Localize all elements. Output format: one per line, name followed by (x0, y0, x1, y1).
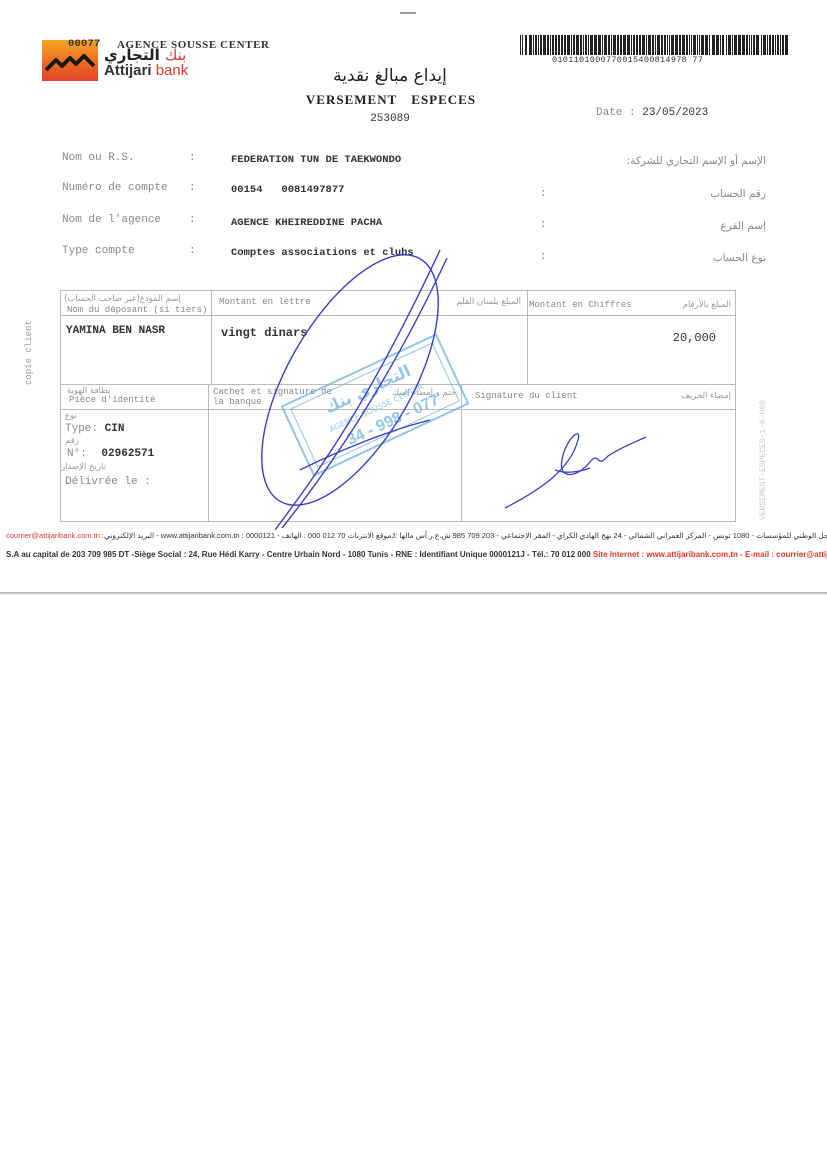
id-label: Pièce d'identité (69, 395, 155, 405)
id-number-value: 02962571 (101, 448, 154, 460)
id-issue-label: Délivrée le : (65, 476, 151, 488)
id-number-label-arabic: رقم (65, 436, 105, 446)
depositor-label: Nom du déposant (si tiers) (67, 305, 207, 315)
field-label-agency-arabic: إسم الفرع (720, 220, 766, 232)
field-colon-arabic: : (540, 251, 547, 263)
id-issue-label-arabic: تاريخ الإصدار (61, 462, 131, 472)
id-type-value: CIN (105, 423, 125, 435)
field-label-agency: Nom de l'agence (62, 214, 161, 226)
title-arabic: إيداع مبالغ نقدية (270, 66, 510, 86)
field-label-name: Nom ou R.S. (62, 152, 135, 164)
field-colon: : (189, 152, 196, 164)
footer-line-arabic: courrier@attijaribank.com.tn :البريد الإ… (6, 531, 806, 540)
client-signature-label: Signature du client (475, 391, 578, 401)
field-value-agency: AGENCE KHEIREDDINE PACHA (231, 217, 382, 229)
field-colon: : (189, 214, 196, 226)
footer-email-link[interactable]: courrier@attijaribank.com.tn (6, 531, 100, 540)
footer-company-info: S.A au capital de 203 709 985 DT -Siège … (6, 550, 593, 559)
reference-number: 253089 (340, 113, 440, 125)
bank-stamp-label-arabic: ختم و إمضاء البنك (351, 388, 456, 398)
field-value-account: 00154 0081497877 (231, 184, 344, 196)
amount-digits-label: Montant en Chiffres (529, 300, 632, 310)
field-label-account-type: Type compte (62, 245, 135, 257)
field-colon-arabic: : (540, 188, 547, 200)
brand-name-main: Attijari (104, 62, 152, 79)
amount-digits-value: 20,000 (661, 331, 716, 345)
field-colon-arabic: : (540, 219, 547, 231)
date-value: 23/05/2023 (642, 107, 708, 119)
field-label-account-arabic: رقم الحساب (710, 188, 766, 200)
depositor-label-arabic: إسم المودع(غير صاحب الحساب) (64, 294, 209, 304)
depositor-name: YAMINA BEN NASR (66, 325, 165, 337)
bank-stamp-label: Cachet et signature de la banque (213, 387, 333, 407)
client-signature-label-arabic: إمضاء الحريف (621, 391, 731, 401)
field-value-account-type: Comptes associations et clubs (231, 247, 414, 259)
scan-mark (400, 12, 416, 14)
copy-type-label: copie client (24, 320, 34, 385)
id-number-label: N°: (67, 448, 87, 460)
barcode-number: 0101101000770015400814978 77 (552, 55, 703, 65)
document-title: VERSEMENT ESPECES (286, 92, 496, 108)
field-colon: : (189, 245, 196, 257)
barcode (520, 35, 788, 55)
form-code-label: VERSEMENT-ESPECES-1-0-000 (759, 400, 768, 520)
id-type: Type: CIN (65, 423, 124, 435)
id-number: N°: 02962571 (67, 448, 154, 460)
id-type-label: Type: (65, 423, 98, 435)
brand-name: Attijari bank (104, 62, 188, 79)
amount-digits-label-arabic: المبلغ بالأرقام (641, 300, 731, 310)
field-label-account: Numéro de compte (62, 182, 168, 194)
date-label: Date : (596, 107, 636, 119)
footer-website-link[interactable]: Site Internet : www.attijaribank.com.tn … (593, 550, 827, 559)
footer-line-french: S.A au capital de 203 709 985 DT -Siège … (6, 550, 826, 559)
page-edge (0, 592, 827, 595)
field-label-name-arabic: الإسم أو الإسم التجاري للشركة: (627, 155, 766, 167)
date: Date : 23/05/2023 (596, 107, 708, 119)
amount-words-label: Montant en lettre (219, 297, 311, 307)
amount-words-value: vingt dinars (221, 326, 307, 340)
field-colon: : (189, 182, 196, 194)
deposit-table: إسم المودع(غير صاحب الحساب) Nom du dépos… (60, 290, 736, 522)
amount-words-label-arabic: المبلغ بلسان القلم (391, 297, 521, 307)
agency-code: 00077 (68, 38, 101, 50)
id-type-label-arabic: نوع (65, 411, 105, 421)
footer-arabic-info: :البريد الإلكتروني - www.attijaribank.co… (102, 531, 827, 540)
field-value-name: FEDERATION TUN DE TAEKWONDO (231, 154, 401, 166)
field-label-account-type-arabic: نوع الحساب (713, 252, 766, 264)
brand-name-suffix: bank (156, 62, 189, 79)
